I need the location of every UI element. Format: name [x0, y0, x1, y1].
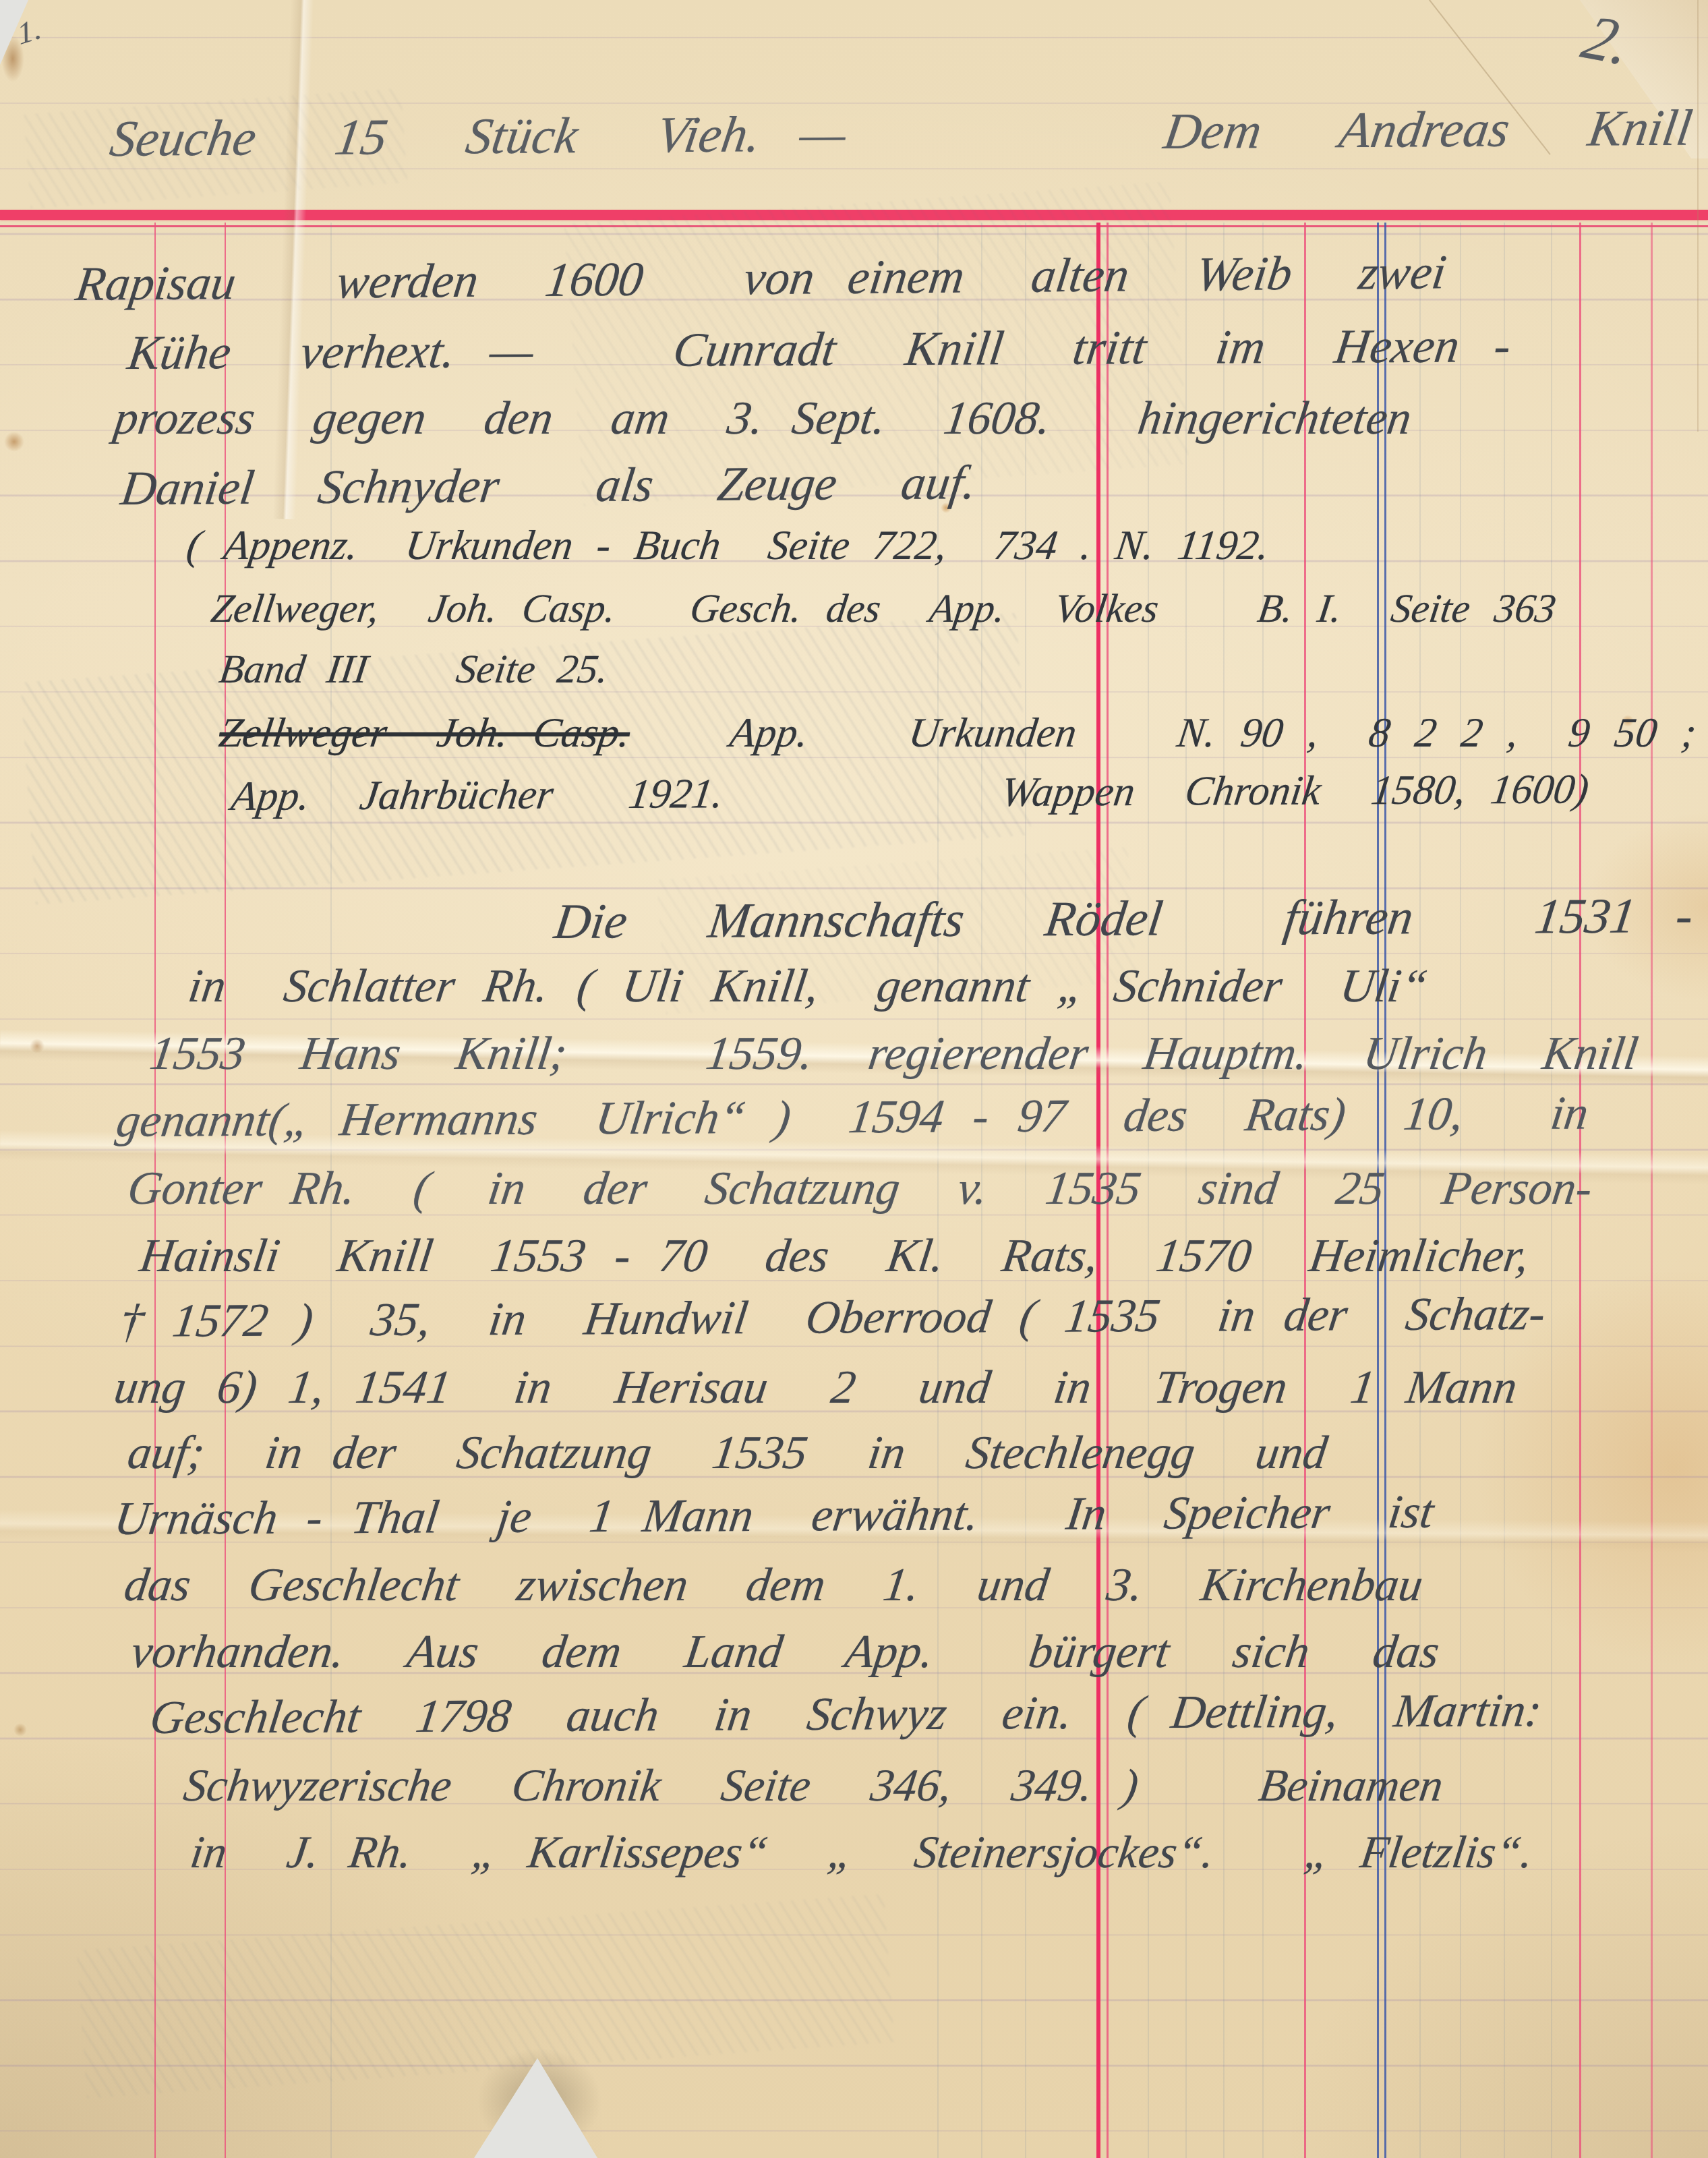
handwritten-line: prozess gegen den am 3. Sept. 1608. hing…: [111, 395, 1414, 442]
handwritten-line: genannt(„ Hermanns Ulrich“ ) 1594 - 97 d…: [114, 1090, 1591, 1145]
handwritten-line: Hainsli Knill 1553 - 70 des Kl. Rats, 15…: [137, 1233, 1532, 1280]
edge-tear: [1697, 0, 1699, 432]
stain: [30, 1039, 45, 1053]
handwritten-line: Zellweger Joh. Casp. App. Urkunden N. 90…: [216, 712, 1699, 754]
handwritten-line: ( Appenz. Urkunden - Buch Seite 722, 734…: [184, 525, 1272, 566]
handwritten-line: Zellweger, Joh. Casp. Gesch. des App. Vo…: [209, 588, 1559, 629]
handwritten-header: Seuche 15 Stück Vieh. — Dem Andreas Knil…: [107, 101, 1708, 165]
handwritten-line: Die Mannschafts Rödel führen 1531 - 38: [552, 890, 1708, 947]
scanned-page: 1. 2. Seuche 15 Stück Vieh. — Dem Andrea…: [0, 0, 1708, 2158]
stain: [13, 1723, 27, 1737]
corner-mark: 1.: [15, 13, 44, 49]
handwritten-line: Rapisau werden 1600 von einem alten Weib…: [73, 247, 1449, 308]
line-text: App. Urkunden N. 90 , 8 2 2 , 9 50 ;: [626, 710, 1699, 756]
handwritten-line: Kühe verhext. — Cunradt Knill tritt im H…: [125, 321, 1514, 377]
handwritten-line: in J. Rh. „ Karlissepes“ „ Steinersjocke…: [187, 1829, 1536, 1875]
handwritten-line: das Geschlecht zwischen dem 1. und 3. Ki…: [121, 1562, 1425, 1609]
struck-text: Zellweger Joh. Casp.: [216, 710, 633, 756]
handwritten-line: † 1572 ) 35, in Hundwil Oberrood ( 1535 …: [117, 1291, 1549, 1345]
handwritten-line: Gonter Rh. ( in der Schatzung v. 1535 si…: [125, 1165, 1595, 1213]
handwritten-line: vorhanden. Aus dem Land App. bürgert sic…: [128, 1629, 1442, 1676]
handwritten-line: Geschlecht 1798 auch in Schwyz ein. ( De…: [148, 1687, 1545, 1742]
stain: [4, 432, 24, 452]
handwritten-line: Schwyzerische Chronik Seite 346, 349. ) …: [181, 1762, 1446, 1808]
tear-shadow: [472, 2043, 607, 2158]
handwritten-line: ung 6) 1, 1541 in Herisau 2 und in Troge…: [111, 1364, 1520, 1411]
handwritten-line: Urnäsch - Thal je 1 Mann erwähnt. In Spe…: [112, 1489, 1437, 1543]
handwritten-line: 1553 Hans Knill; 1559. regierender Haupt…: [147, 1030, 1641, 1078]
handwritten-line: in Schlatter Rh. ( Uli Knill, genannt „ …: [185, 963, 1430, 1010]
handwritten-line: auf; in der Schatzung 1535 in Stechleneg…: [125, 1430, 1330, 1477]
column-line-pink: [1651, 223, 1653, 2158]
handwritten-line: Band III Seite 25.: [217, 649, 612, 689]
paper-sheet: 1. 2. Seuche 15 Stück Vieh. — Dem Andrea…: [0, 0, 1708, 2158]
handwritten-line: App. Jahrbücher 1921. Wappen Chronik 158…: [229, 768, 1592, 817]
handwritten-line: Daniel Schnyder als Zeuge auf.: [118, 458, 979, 513]
